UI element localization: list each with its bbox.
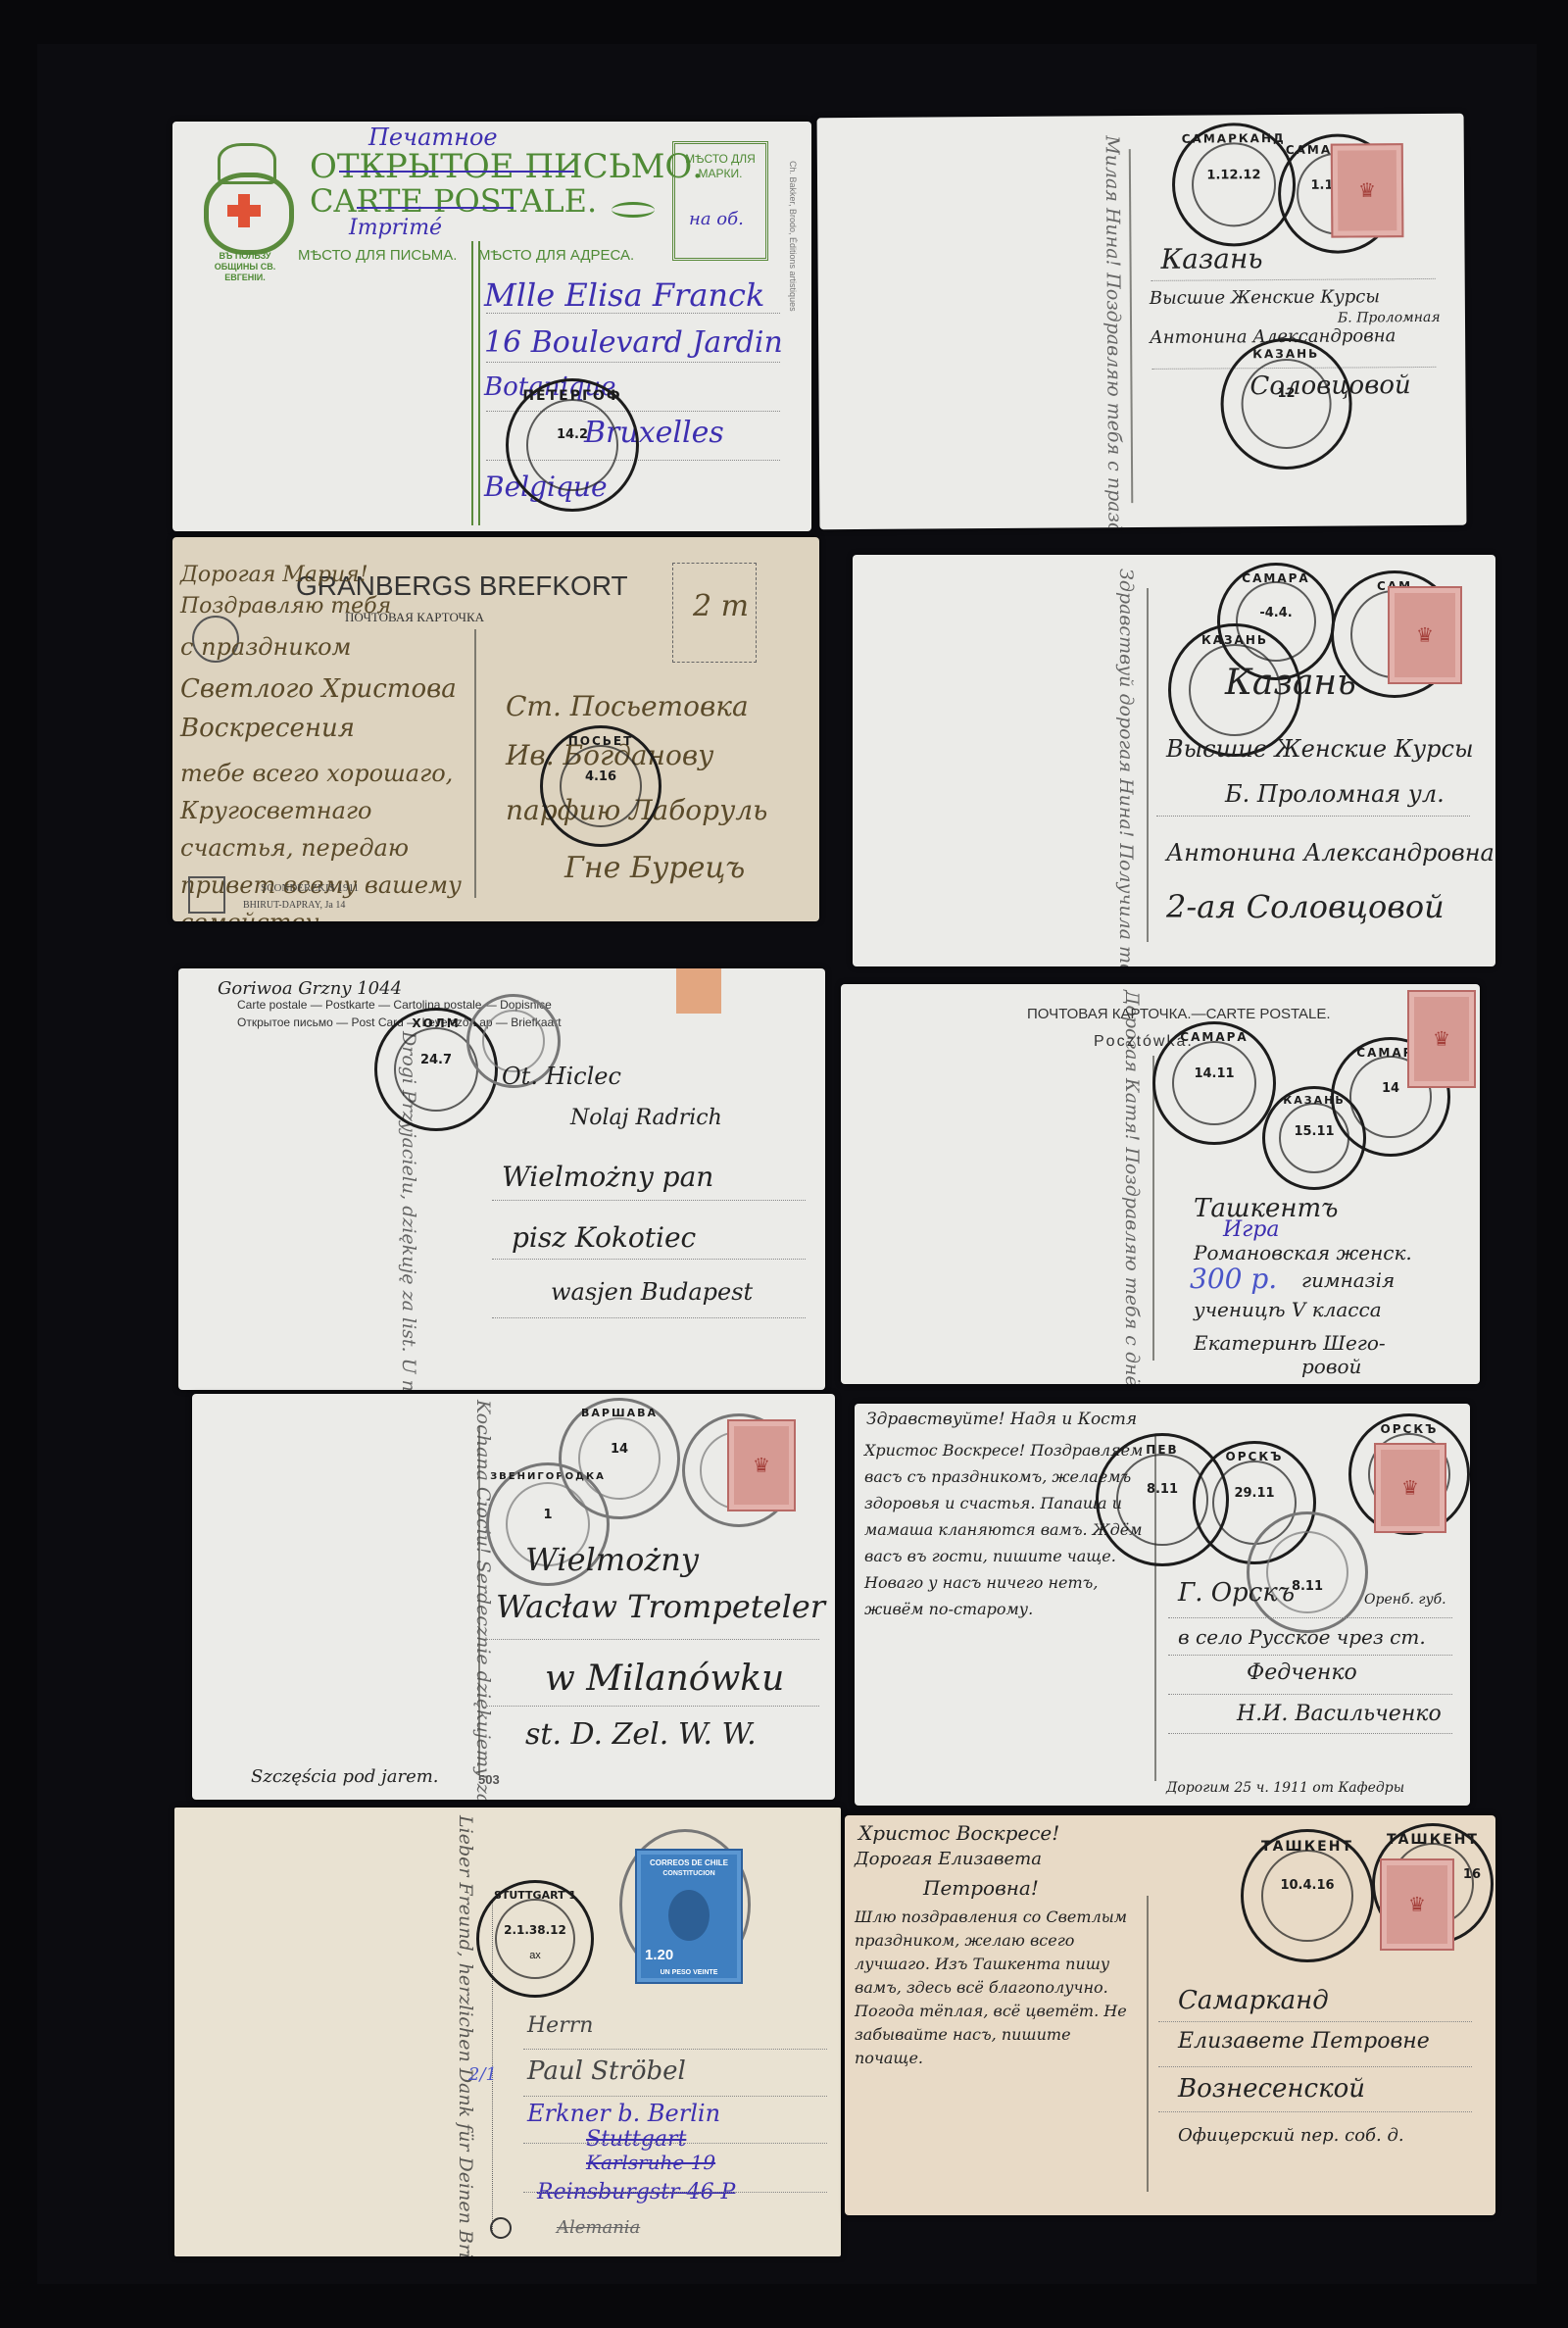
message-area-label: МѢСТО ДЛЯ ПИСЬМА.: [298, 247, 457, 264]
address-line-4: Офицерский пер. соб. д.: [1178, 2125, 1404, 2146]
greeting-line-5: Воскресения: [180, 714, 355, 743]
address-line-5: 2-ая Соловцовой: [1166, 888, 1445, 925]
address-line-1: Wielmożny: [525, 1541, 699, 1578]
address-line: [523, 2096, 827, 2097]
postage-stamp-russian-3kop: ♛: [1380, 1858, 1454, 1951]
address-line-1: Ot. Hiclec: [502, 1063, 621, 1090]
ornament-flourish: [612, 202, 655, 218]
address-line: [523, 2192, 827, 2193]
postage-stamp-russian-3kop: ♛: [727, 1419, 796, 1511]
address-country-struck: Alemania: [557, 2217, 640, 2238]
postmark-posyet: ПОСЬЕТ 4.16: [540, 725, 661, 847]
address-line-5: ученицѣ V класса: [1194, 1298, 1382, 1321]
address-line-4: Федченко: [1247, 1660, 1357, 1685]
address-line-2: Оренб. губ.: [1364, 1592, 1446, 1608]
address-line-1: Ст. Посьетовка: [506, 690, 749, 722]
address-line-4: st. D. Zel. W. W.: [525, 1717, 757, 1752]
address-line-2: Игра: [1223, 1217, 1280, 1242]
address-line-6: Екатеринѣ Шего-: [1194, 1331, 1386, 1355]
address-line: [492, 1259, 806, 1260]
address-line-4-struck: Stuttgart: [586, 2127, 686, 2152]
signature: Szczęścia pod jarem.: [251, 1766, 439, 1787]
address-line-3: Б. Проломная: [1338, 310, 1441, 326]
double-eagle-icon: ♛: [1416, 623, 1434, 648]
stamp-placement-box: МѢСТО ДЛЯ МАРКИ. на об.: [672, 141, 768, 261]
portrait-icon: [668, 1890, 710, 1941]
address-line: [523, 2049, 827, 2050]
card-number: 503: [478, 1772, 500, 1787]
handwritten-note-imprime: Imprimé: [349, 216, 442, 240]
greeting-line-4: Светлого Христова: [180, 674, 457, 704]
greeting-line-1: Здравствуйте! Надя и Костя: [866, 1410, 1137, 1429]
greeting-line-1: Христос Воскресе!: [858, 1821, 1059, 1845]
stamp-box-note: на об.: [689, 209, 744, 229]
address-line: [486, 1706, 819, 1707]
postmark-samara-1: САМАРА 14.11: [1152, 1021, 1276, 1145]
stamp-value: 1.20: [645, 1947, 673, 1963]
postcard-7: Kochana Ciociu! Serdecznie dziękujemy za…: [192, 1394, 835, 1800]
publisher-logo-box: [188, 876, 225, 914]
postmark-peterhof: ПЕТЕРГОФ 14.2: [506, 378, 639, 512]
card-divider: [1152, 1056, 1154, 1360]
address-line-5: wasjen Budapest: [551, 1278, 753, 1306]
address-line: [1156, 816, 1470, 817]
address-line-3: Wielmożny pan: [502, 1161, 713, 1193]
greeting-line-2: Дорогая Елизавета: [855, 1849, 1042, 1869]
address-line: [1158, 2066, 1472, 2067]
side-note: 2/1: [468, 2064, 497, 2085]
greeting-line-2: Поздравляю тебя: [180, 594, 391, 619]
double-eagle-icon: ♛: [1358, 178, 1376, 203]
double-eagle-icon: ♛: [1433, 1027, 1450, 1052]
message-handwriting: Милая Нина! Поздравляю тебя с праздником…: [831, 135, 1128, 520]
stamp-box-label: МѢСТО ДЛЯ МАРКИ.: [683, 152, 758, 181]
address-line: [1168, 1617, 1452, 1618]
publisher-print-line-2: BHIRUT-DAPRAY, Ja 14: [243, 900, 345, 911]
address-line-4: Гне Бурецъ: [564, 851, 745, 885]
card-title-french: CARTE POSTALE.: [310, 182, 597, 220]
address-line-2: Paul Ströbel: [527, 2056, 686, 2086]
address-line: [1158, 2111, 1472, 2112]
address-line-5: Karlsruhe 19: [586, 2151, 715, 2174]
double-eagle-icon: ♛: [1408, 1893, 1426, 1917]
message-handwriting: Здравствуй дорогая Нина! Получила твоё п…: [864, 569, 1139, 961]
postmark-orenburg: 8.11: [1247, 1511, 1368, 1633]
card-title-russian: ОТКРЫТОЕ ПИСЬМО.: [310, 147, 703, 186]
postcard-2: Милая Нина! Поздравляю тебя с праздником…: [817, 114, 1467, 530]
postcard-4: Здравствуй дорогая Нина! Получила твоё п…: [853, 555, 1495, 966]
address-line-1: Mlle Elisa Franck: [484, 276, 764, 314]
footer-note: Дорогим 25 ч. 1911 от Кафедры: [1166, 1780, 1404, 1796]
address-line: [1168, 1655, 1452, 1656]
red-cross-icon: [227, 194, 261, 227]
postage-stamp-russian-3kop: ♛: [1388, 586, 1462, 684]
address-line-1: Г. Орскъ: [1178, 1578, 1295, 1608]
address-line: [523, 2143, 827, 2144]
double-eagle-icon: ♛: [753, 1454, 770, 1478]
red-note: 300 р.: [1190, 1263, 1277, 1295]
postcard-10: Христос Воскресе! Дорогая Елизавета Петр…: [845, 1815, 1495, 2215]
address-line-2: 16 Boulevard Jardin: [484, 325, 783, 360]
address-line-1: Herrn: [527, 2013, 593, 2038]
torn-stamp-fragments: [676, 968, 721, 1014]
address-line: [492, 1200, 806, 1201]
postmark-tashkent-1: ТАШКЕНТ 10.4.16: [1241, 1829, 1374, 1962]
card-divider: [474, 629, 476, 898]
address-line: [486, 362, 780, 363]
greeting-line-1: Дорогая Мария!: [180, 563, 368, 587]
message-handwriting: Lieber Freund, herzlichen Dank für Deine…: [184, 1815, 478, 2247]
address-line: [486, 1639, 819, 1640]
address-line-2: Nolaj Radrich: [570, 1106, 722, 1130]
stamp-placement-box: 2 m: [672, 563, 757, 663]
double-eagle-icon: ♛: [1401, 1476, 1419, 1501]
stamp-country: CORREOS DE CHILE: [637, 1858, 741, 1867]
stamp-subtitle: CONSTITUCION: [637, 1870, 741, 1877]
address-line: [1168, 1694, 1452, 1695]
address-line-5: Н.И. Васильченко: [1237, 1702, 1442, 1726]
stamp-box-note: 2 m: [693, 589, 749, 623]
address-line: [1158, 2021, 1472, 2022]
address-line-3: Вознесенской: [1178, 2074, 1365, 2104]
handwritten-note-printed-matter: Печатное: [368, 124, 498, 151]
postmark-kazan: КАЗАНЬ 12: [1220, 338, 1352, 471]
red-cross-emblem: ВЪ ПОЛЬЗУ ОБЩИНЫ СВ. ЕВГЕНІИ.: [200, 143, 288, 290]
postcard-6: Дорогая Катя! Поздравляю тебя с днём анг…: [841, 984, 1480, 1384]
divider-double-line: [471, 241, 480, 525]
address-line-3: w Milanówku: [545, 1659, 784, 1699]
address-line-3: Б. Проломная ул.: [1225, 780, 1445, 808]
address-city: Самарканд: [1178, 1986, 1329, 2015]
address-line-4: Антонина Александровна: [1166, 839, 1494, 867]
corner-note: Goriwoa Grzny 1044: [218, 978, 402, 999]
postage-stamp-russian-3kop: ♛: [1331, 143, 1404, 238]
address-line-3: Романовская женск.: [1194, 1241, 1412, 1264]
postcard-5: Goriwoa Grzny 1044 Carte postale — Postk…: [178, 968, 825, 1390]
publisher-print-line-1: SCONDERZKIS 1911: [261, 882, 359, 894]
address-line-4: гимназія: [1301, 1268, 1395, 1292]
card-divider: [1129, 149, 1134, 503]
address-line-2: Елизавете Петровне: [1178, 2029, 1430, 2054]
address-line-3: Erkner b. Berlin: [527, 2100, 720, 2127]
card-divider: [1147, 588, 1149, 942]
postmark-warsaw: ВАРШАВА 14: [559, 1398, 680, 1519]
greeting-line-3: с праздником: [180, 633, 351, 661]
publisher-side-print: Ch. Bakker, Brodo, Éditions artistiques: [788, 161, 798, 312]
strike-line: [339, 171, 574, 173]
address-line: [1151, 278, 1436, 281]
address-line-7: ровой: [1301, 1355, 1361, 1378]
address-area-label: МѢСТО ДЛЯ АДРЕСА.: [478, 247, 634, 264]
stamp-bottom: UN PESO VEINTE: [637, 1969, 741, 1976]
postage-stamp-russian-3kop: ♛: [1374, 1443, 1446, 1533]
card-header-line-1: ПОЧТОВАЯ КАРТОЧКА.—CARTE POSTALE.: [1027, 1006, 1331, 1022]
greeting-line-3: Петровна!: [923, 1876, 1039, 1900]
postmark-samarkand-1: САМАРКАНД 1.12.12: [1172, 123, 1297, 247]
address-line: [1168, 1733, 1452, 1734]
postcard-8: Здравствуйте! Надя и Костя Христос Воскр…: [855, 1404, 1470, 1806]
address-line-2: Wacław Trompeteler: [496, 1588, 825, 1625]
card-divider: [478, 1426, 480, 1775]
postmark-code: ax: [479, 1950, 591, 1961]
postage-stamp-russian-3kop: ♛: [1407, 990, 1476, 1088]
publisher-logo-icon: [490, 2217, 512, 2239]
address-city: Казань: [1225, 663, 1356, 703]
postcard-9: Lieber Freund, herzlichen Dank für Deine…: [174, 1808, 841, 2256]
message-handwriting: Шлю поздравления со Светлым праздником, …: [855, 1906, 1139, 2070]
address-line-3: в село Русское чрез ст.: [1178, 1625, 1426, 1649]
strike-line: [357, 207, 514, 209]
address-city: Казань: [1160, 242, 1262, 275]
postage-stamp-chile: CORREOS DE CHILE CONSTITUCION 1.20 UN PE…: [635, 1849, 743, 1984]
message-handwriting: Kochana Ciociu! Serdecznie dziękujemy za…: [202, 1400, 496, 1792]
postcard-3: GRANBERGS BREFKORT ПОЧТОВАЯ КАРТОЧКА 2 m…: [172, 537, 819, 921]
postmark-stuttgart-1: STUTTGART 1 2.1.38.12 ax: [476, 1880, 594, 1998]
card-divider: [1147, 1896, 1149, 2192]
postcard-1: ВЪ ПОЛЬЗУ ОБЩИНЫ СВ. ЕВГЕНІИ. ОТКРЫТОЕ П…: [172, 122, 811, 531]
address-line-2: Высшие Женские Курсы: [1150, 286, 1380, 309]
address-line-2: Высшие Женские Курсы: [1166, 735, 1474, 763]
society-label: ВЪ ПОЛЬЗУ ОБЩИНЫ СВ. ЕВГЕНІИ.: [200, 251, 290, 283]
address-line: [492, 1317, 806, 1318]
address-line-4: pisz Kokotiec: [512, 1221, 696, 1254]
